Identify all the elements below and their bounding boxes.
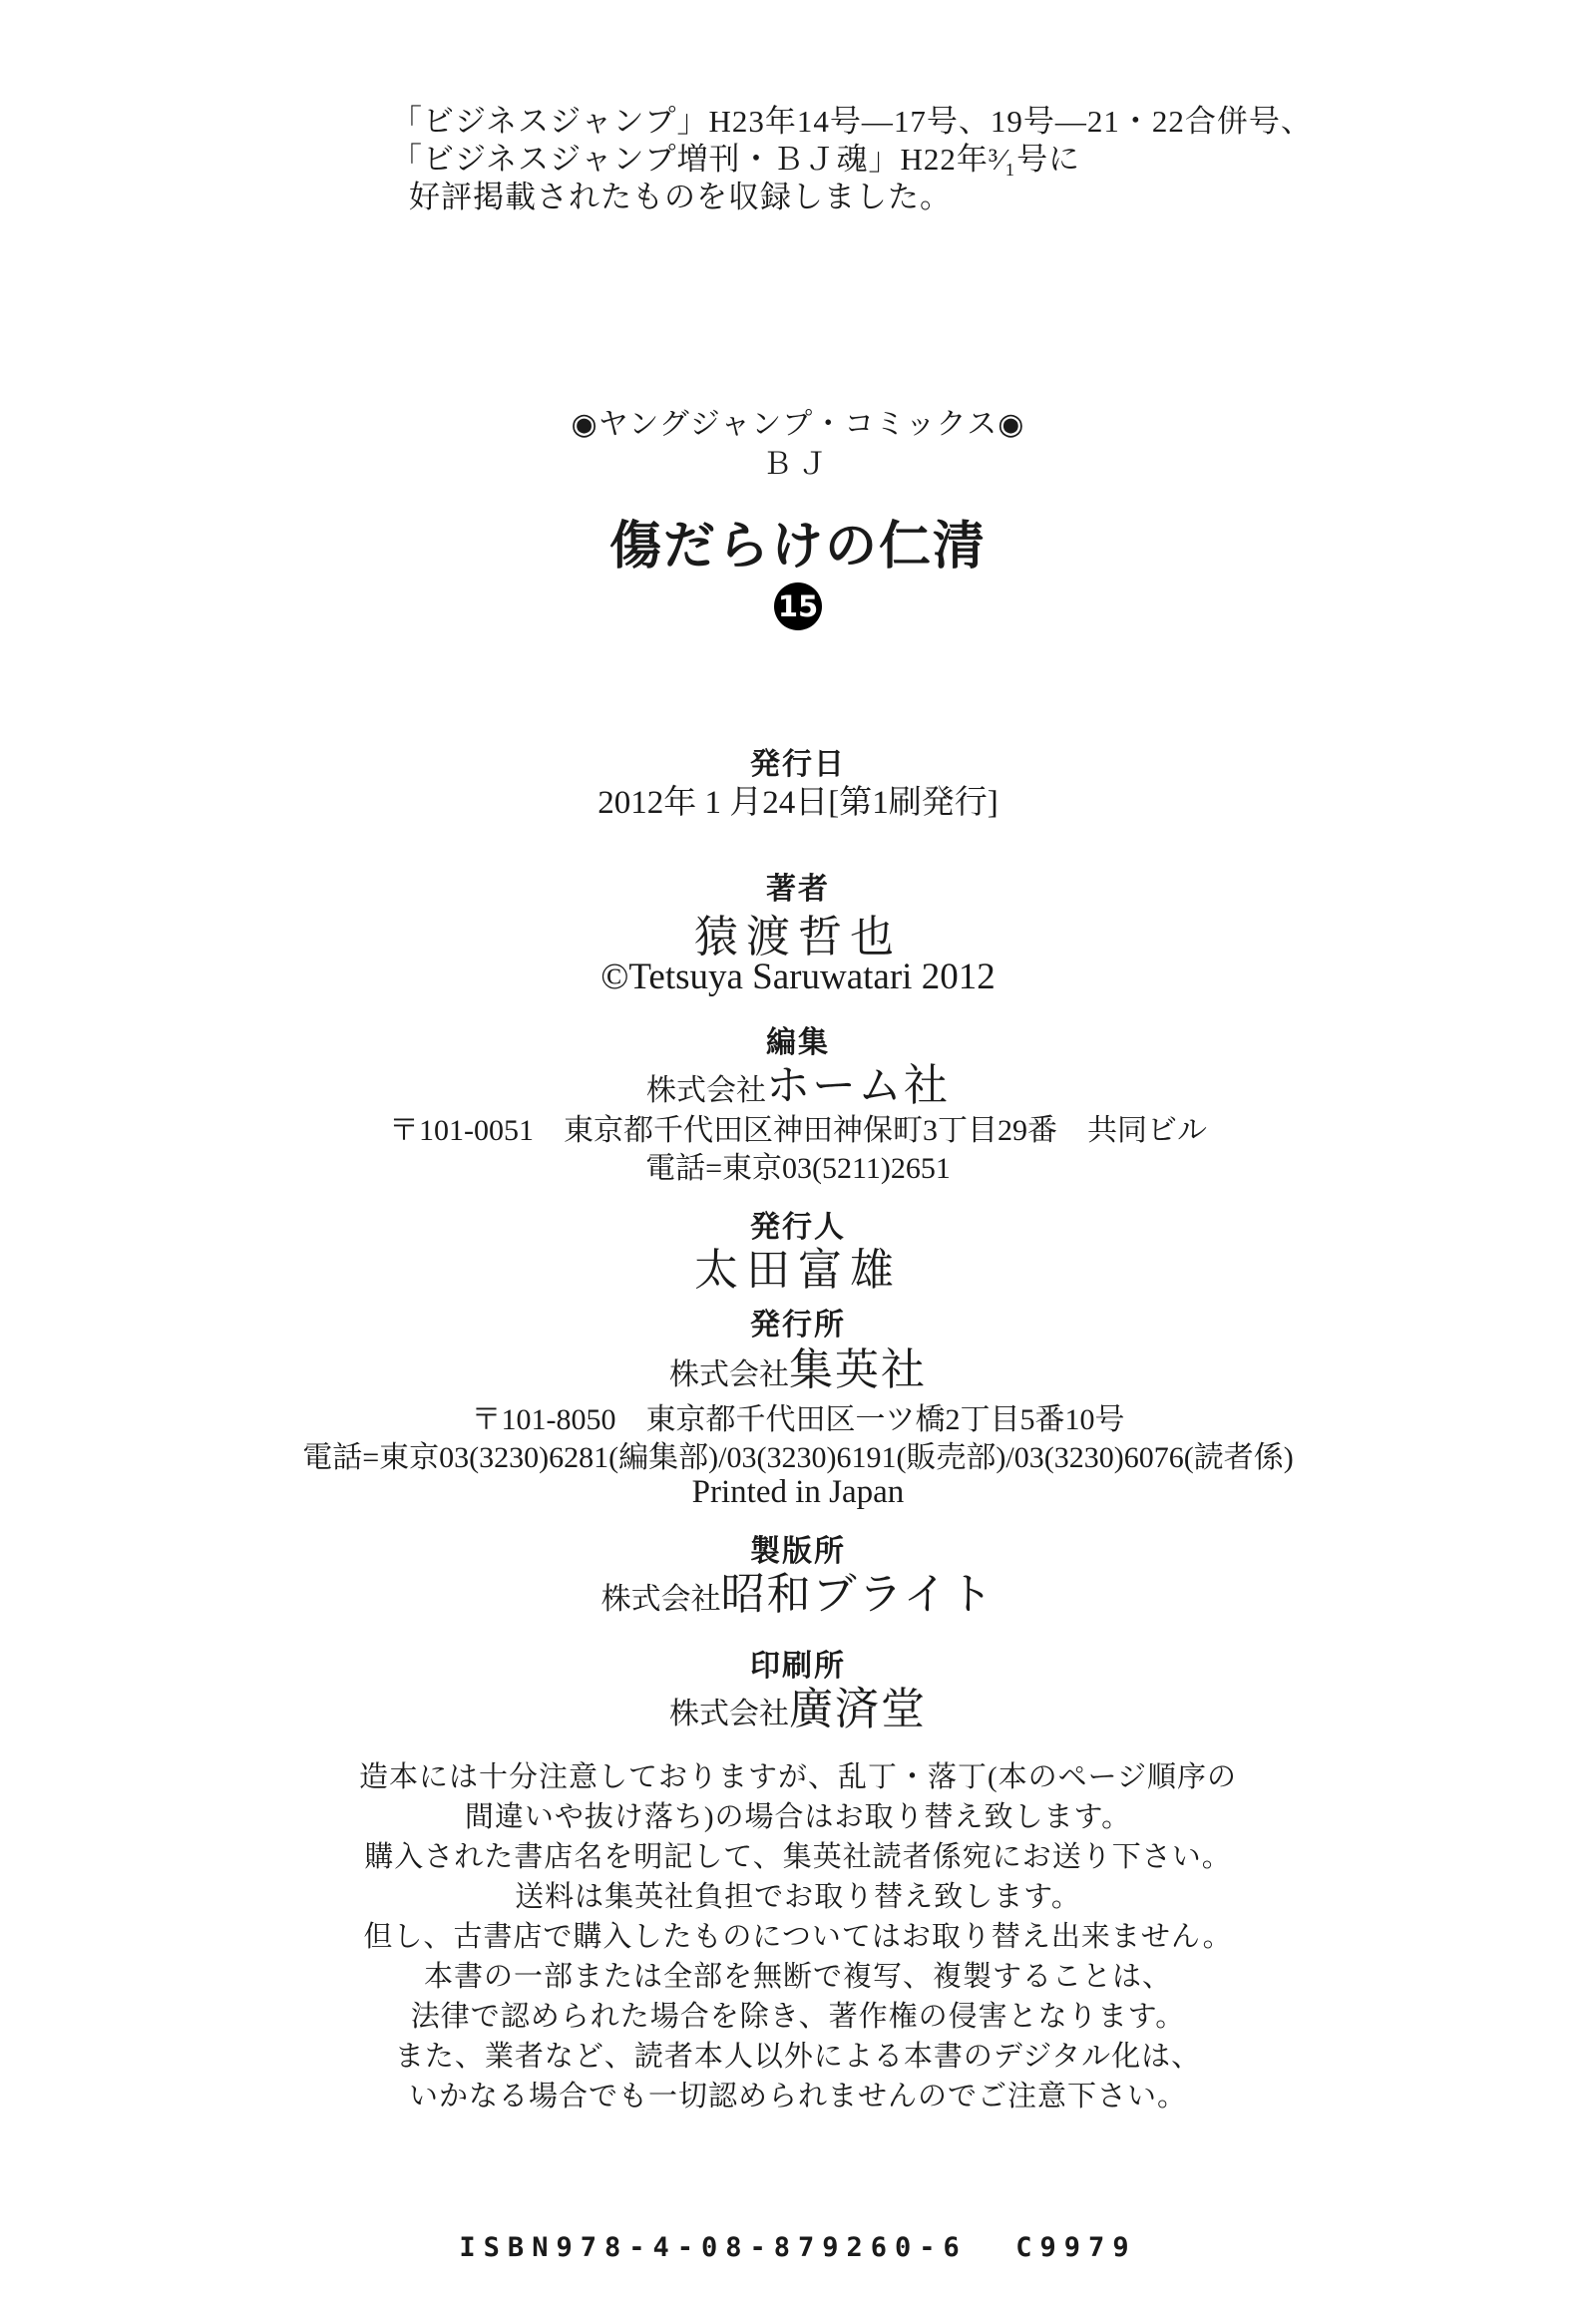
isbn-line: ISBN978-4-08-879260-6 C9979 — [0, 2232, 1596, 2263]
series-name: ◉ヤングジャンプ・コミックス◉ — [0, 399, 1596, 443]
notice-line: いかなる場合でも一切認められませんのでご注意下さい。 — [0, 2077, 1596, 2116]
serialization-note-line: 「ビジネスジャンプ増刊・ＢＪ魂」H22年³⁄₁号に — [391, 141, 1313, 179]
publisher-company-name: 集英社 — [789, 1345, 927, 1394]
notice-line: 購入された書店名を明記して、集英社読者係宛にお送り下さい。 — [0, 1837, 1596, 1877]
purchase-notice: 造本には十分注意しておりますが、乱丁・落丁(本のページ順序の 間違いや抜け落ち)… — [0, 1757, 1596, 2116]
editor-company-prefix: 株式会社 — [646, 1074, 766, 1107]
volume-badge-row: 15 — [0, 582, 1596, 630]
colophon-page: 「ビジネスジャンプ」H23年14号―17号、19号―21・22合併号、 「ビジネ… — [0, 0, 1596, 2301]
serialization-note-line: 「ビジネスジャンプ」H23年14号―17号、19号―21・22合併号、 — [391, 103, 1313, 141]
publisher-person-name: 太田富雄 — [0, 1234, 1596, 1298]
publisher-company: 株式会社集英社 — [0, 1334, 1596, 1397]
printer-company-name: 廣済堂 — [789, 1685, 927, 1733]
serialization-note: 「ビジネスジャンプ」H23年14号―17号、19号―21・22合併号、 「ビジネ… — [391, 103, 1313, 216]
publication-date: 2012年 1 月24日[第1刷発行] — [0, 776, 1596, 823]
notice-line: また、業者など、読者本人以外による本書のデジタル化は、 — [0, 2037, 1596, 2077]
printer-company-prefix: 株式会社 — [669, 1698, 789, 1730]
editor-company-name: ホーム社 — [766, 1061, 950, 1110]
copyright-line: ©Tetsuya Saruwatari 2012 — [0, 956, 1596, 998]
editor-phone: 電話=東京03(5211)2651 — [0, 1143, 1596, 1187]
platemaker-company-name: 昭和ブライト — [721, 1570, 996, 1619]
printer-company: 株式会社廣済堂 — [0, 1673, 1596, 1736]
book-title: 傷だらけの仁清 — [0, 504, 1596, 578]
publisher-phone: 電話=東京03(3230)6281(編集部)/03(3230)6191(販売部)… — [0, 1432, 1596, 1476]
notice-line: 造本には十分注意しておりますが、乱丁・落丁(本のページ順序の — [0, 1757, 1596, 1797]
printed-in-japan: Printed in Japan — [0, 1474, 1596, 1511]
imprint-name: ＢＪ — [0, 439, 1596, 483]
notice-line: 間違いや抜け落ち)の場合はお取り替え致します。 — [0, 1797, 1596, 1837]
platemaker-company-prefix: 株式会社 — [601, 1583, 721, 1616]
notice-line: 送料は集英社負担でお取り替え致します。 — [0, 1877, 1596, 1917]
notice-line: 但し、古書店で購入したものについてはお取り替え出来ません。 — [0, 1917, 1596, 1957]
editor-company: 株式会社ホーム社 — [0, 1049, 1596, 1113]
platemaker-company: 株式会社昭和ブライト — [0, 1558, 1596, 1622]
notice-line: 本書の一部または全部を無断で複写、複製することは、 — [0, 1957, 1596, 1997]
serialization-note-line: 好評掲載されたものを収録しました。 — [391, 179, 1313, 216]
publisher-company-prefix: 株式会社 — [669, 1358, 789, 1391]
volume-badge: 15 — [774, 582, 822, 630]
notice-line: 法律で認められた場合を除き、著作権の侵害となります。 — [0, 1997, 1596, 2037]
